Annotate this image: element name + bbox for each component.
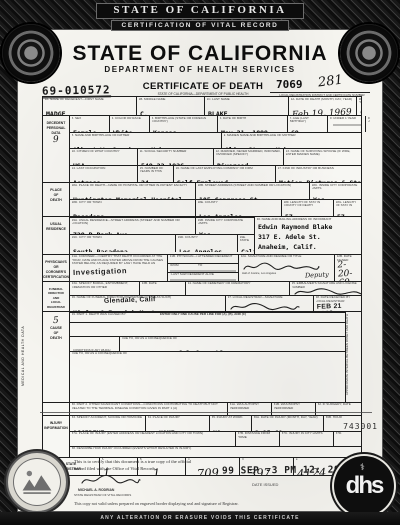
field-label: 16. NAME OF LAST EMPLOYING COMPANY OR FI… <box>176 167 275 171</box>
field-citizenship: 10. CITIZEN OF WHAT COUNTRY USA <box>70 149 137 165</box>
certificate-number-handwritten: 281 <box>317 74 343 90</box>
interval-column: APPROXIMATE INTERVAL BETWEEN ONSET AND D… <box>345 312 361 402</box>
field-value: Fracture of left ankle. <box>136 350 233 351</box>
field-label: 21A. CORONER—I CERTIFY THAT DEATH OCCURR… <box>72 255 167 265</box>
rail-decedent-personal-data: DECEDENT PERSONAL DATA9 <box>43 116 70 182</box>
document-title: STATE OF CALIFORNIA <box>18 43 382 64</box>
date-issued-label: DATE ISSUED <box>252 483 278 487</box>
rail-funeral-director: FUNERAL DIRECTOR AND LOCAL REGISTRAR <box>43 282 70 311</box>
field-label: 19C. CITY OR TOWN <box>72 236 175 240</box>
field-date-received: 28. DATE RECEIVED BY LOCAL REGISTRAR FEB… <box>313 296 361 311</box>
field-industry: 17. KIND OF INDUSTRY OR BUSINESS Motion … <box>275 166 361 182</box>
field-value: BLAKE <box>208 111 228 115</box>
section-funeral-director-registrar: FUNERAL DIRECTOR AND LOCAL REGISTRAR 23A… <box>43 281 361 311</box>
investigation-stamp: Investigation <box>73 267 127 276</box>
section-usual-residence: USUAL RESIDENCE 19A. USUAL RESIDENCE—STR… <box>43 216 361 254</box>
california-state-seal <box>6 451 68 513</box>
field-place-of-death-county: 18E. COUNTY Los Angeles <box>195 200 281 216</box>
field-value: C. <box>140 111 148 115</box>
state-registrar-title: STATE REGISTRAR OF VITAL RECORDS <box>74 494 131 497</box>
field-label: E <box>296 458 345 462</box>
bottom-warning-banner: ANY ALTERATION OR ERASURE VOIDS THIS CER… <box>0 512 400 525</box>
dhs-logo-text: dhs <box>346 474 383 498</box>
state-registrar-signature-icon <box>80 473 142 487</box>
field-label: 1B. MIDDLE NAME <box>139 98 204 102</box>
field-date-of-death: 2A. DATE OF DEATH (MONTH, DAY, YEAR) Feb… <box>288 97 356 115</box>
field-label: TO <box>198 264 237 268</box>
field-place-of-death-city: 18D. CITY OR TOWN Pasadena <box>70 200 195 216</box>
field-disposition: 23A. SPECIFY BURIAL, ENTOMBMENT, CREMATI… <box>70 282 139 295</box>
field-marital-status: 12. MARRIED, NEVER MARRIED, WIDOWED, DIV… <box>213 149 283 165</box>
field-label: 38. DESCRIBE HOW INJURY OCCURRED (EVENTS… <box>72 447 361 451</box>
field-value: Kansas <box>153 130 176 132</box>
field-funeral-director: 26. NAME OF FUNERAL DIRECTOR (OR PERSON … <box>70 296 225 311</box>
field-value-handwritten: 2-20-69 <box>337 260 359 281</box>
section-physician-coroner-certification: PHYSICIAN'S OR CORONER'S CERTIFICATION 2… <box>43 254 361 281</box>
field-mother: 9. MAIDEN NAME AND BIRTHPLACE OF MOTHER … <box>221 133 361 148</box>
field-value: ACCIDENT <box>73 430 104 431</box>
field-name-middle: 1B. MIDDLE NAME C. <box>136 97 204 115</box>
physician-attended-dates: FROM TO <box>168 263 238 272</box>
field-crematory: 24. NAME OF CEMETERY OR CREMATORY Grand … <box>185 282 289 295</box>
field-value: 69 <box>291 130 299 132</box>
field-label: 33. SPECIFY ACCIDENT, SUICIDE OR HOMICID… <box>72 416 145 420</box>
field-label: 20. NAME AND MAILING ADDRESS OF INFORMAN… <box>257 218 361 222</box>
embalmer-signature-icon <box>293 288 361 295</box>
field-label: DUE TO, OR AS A CONSEQUENCE OF <box>122 337 345 341</box>
field-label: 11. SOCIAL SECURITY NUMBER <box>140 150 213 154</box>
rail-label: CAUSE OF DEATH <box>50 326 62 340</box>
field-value: Self-Employed <box>177 180 228 182</box>
field-birthplace: 5. BIRTHPLACE (STATE OR FOREIGN COUNTRY)… <box>149 116 217 132</box>
field-injury-description: 38. DESCRIBE HOW INJURY OCCURRED (EVENTS… <box>70 447 361 457</box>
medical-health-data-rail: MEDICAL AND HEALTH DATA <box>22 326 25 386</box>
field-label: CONDITIONS IF ANY WHICH GAVE RISE TO THE… <box>73 348 115 351</box>
cause-conditions-note: CONDITIONS IF ANY WHICH GAVE RISE TO THE… <box>70 337 119 351</box>
field-value: Kiefer & Eyerick Mortuary <box>73 310 171 311</box>
rail-cause-of-death: 5CAUSE OF DEATH <box>43 312 70 402</box>
field-label: 37C. INJURY IN CITY LIMITS <box>282 432 333 436</box>
field-label: 18B. STREET ADDRESS (STREET AND NUMBER O… <box>198 184 309 188</box>
field-age: 7. AGE (LAST BIRTHDAY) 69YEARS <box>287 116 327 132</box>
district-number: 7069 <box>276 79 303 90</box>
field-label: 19D. COUNTY <box>178 236 237 240</box>
field-label: 13. NAME OF SURVIVING SPOUSE (IF WIFE, E… <box>286 150 361 156</box>
field-label: IF UNDER 1 YEAR <box>330 117 365 121</box>
field-value: May 31, 1899 <box>221 130 268 132</box>
field-injury-at-work: 35. INJURY AT WORK NO <box>209 416 251 431</box>
dhs-logo: ⚕ dhs <box>334 456 394 516</box>
field-value: Actress <box>73 180 100 182</box>
field-immediate-cause: (A) Arteriosclerotic cardiovascular dise… <box>70 323 345 336</box>
field-value: White <box>113 130 133 132</box>
field-label: 18A. PLACE OF DEATH—NAME OF HOSPITAL OR … <box>72 184 195 188</box>
issue-datestamp: 99 SEP -3 PM 12: 29 <box>222 465 340 476</box>
field-label: 36A. DATE OF INJURY (MONTH, DAY, YEAR) <box>254 416 323 420</box>
field-local-registrar-signature: 27. LOCAL REGISTRAR—SIGNATURE <box>225 296 313 311</box>
field-label: 3. SEX <box>72 117 109 121</box>
field-sex: 3. SEX Female <box>70 116 109 132</box>
illegible-text <box>170 279 236 281</box>
field-label: 8. NAME AND BIRTHPLACE OF FATHER <box>72 134 221 138</box>
field-value: USA <box>73 163 85 165</box>
field-label: 18F. LENGTH OF STAY IN COUNTY OF DEATH <box>284 201 333 207</box>
field-label: 23B. DATE <box>142 282 185 286</box>
field-residence-state: 19E. STATE Calif. <box>237 235 254 252</box>
field-value: HOME <box>159 430 175 431</box>
field-date-signed: 22B. DATE SIGNED 2-20-69 <box>334 255 361 281</box>
field-due-to-c: DUE TO, OR AS A CONSEQUENCE OF (C) <box>70 352 345 361</box>
field-label: 12. MARRIED, NEVER MARRIED, WIDOWED, DIV… <box>216 150 283 156</box>
field-label: 15. NUMBER OF YEARS IN THIS OCCUPATION <box>140 167 173 173</box>
field-coroner-certification: 21A. CORONER—I CERTIFY THAT DEATH OCCURR… <box>70 255 167 281</box>
field-value: 57 <box>337 214 345 216</box>
field-value: 549-22-1926 <box>141 163 184 165</box>
field-value: Los Angeles <box>199 214 242 216</box>
field-father: 8. NAME AND BIRTHPLACE OF FATHER Albert … <box>70 133 221 148</box>
field-label: 10. CITIZEN OF WHAT COUNTRY <box>72 150 137 154</box>
field-value: MADGE <box>46 111 66 115</box>
field-last-employer: 16. NAME OF LAST EMPLOYING COMPANY OR FI… <box>173 166 275 182</box>
field-label: 18C. INSIDE CITY CORPORATE LIMITS <box>312 184 361 190</box>
field-label: 18G. LENGTH OF STAY IN CALIFORNIA <box>336 201 361 207</box>
cause-instruction: ENTER ONLY ONE CAUSE PER LINE FOR (A), (… <box>160 313 344 317</box>
field-residence-city-limits: 19B. INSIDE CITY CORPORATE LIMITS Yes <box>195 218 254 234</box>
field-label: 21B. PHYSICIAN—I ATTENDED DECEDENT <box>170 255 238 259</box>
field-value: Divorced <box>217 163 248 165</box>
field-disposition-date: 23B. DATE 2/24/69 <box>139 282 185 295</box>
field-length-of-stay-california: 18G. LENGTH OF STAY IN CALIFORNIA 57YEAR… <box>333 200 361 216</box>
field-value-handwritten: 9A <box>360 110 362 115</box>
state-registrar-name: MICHAEL A. RODRIAN <box>78 489 114 492</box>
field-label: 28. DATE RECEIVED BY LOCAL REGISTRAR <box>316 296 361 302</box>
rail-place-of-death: PLACE OF DEATH <box>43 183 70 216</box>
document-control-number: 743001 <box>343 423 378 431</box>
field-label: 37B. DISTANCE FROM HOME <box>238 432 279 438</box>
cause-part1-header: 29. PART 1. DEATH WAS CAUSED BY: ENTER O… <box>70 313 345 322</box>
rail-handwritten-mark: 5 <box>53 316 59 325</box>
field-place-of-death-name: 18A. PLACE OF DEATH—NAME OF HOSPITAL OR … <box>70 183 195 199</box>
field-informant: 20. NAME AND MAILING ADDRESS OF INFORMAN… <box>254 217 361 254</box>
field-embalmer-signature: 25. EMBALMER'S SIGNATURE AND LICENSE NUM… <box>289 282 361 295</box>
physician-last-saw-alive: I LAST SAW DECEDENT ALIVE <box>168 272 238 281</box>
field-label: 19B. INSIDE CITY CORPORATE LIMITS <box>198 219 254 225</box>
field-injury-city-limits: 37C. INJURY IN CITY LIMITS No <box>279 432 333 446</box>
field-injury-place: 34. PLACE OF INJURY HOME <box>145 416 209 431</box>
field-label: 32. IF SURGERY, DATE <box>318 403 361 407</box>
date-received-stamp: FEB 21 1969 <box>317 303 359 311</box>
section-injury-information: INJURY INFORMATION 33. SPECIFY ACCIDENT,… <box>43 415 361 457</box>
field-label: 1A. NAME OF DECEDENT—FIRST NAME <box>45 98 136 102</box>
field-value: Alice Stone; Unk. <box>225 147 292 148</box>
field-injury-extra: 37D. NO <box>333 432 361 446</box>
field-injury-address: 37A. PLACE OF INJURY (ENTER ADDRESS OR N… <box>70 432 235 446</box>
field-value: Huntington Memorial Hospital <box>73 197 183 199</box>
field-label: 36B. HOUR <box>326 416 361 420</box>
field-label: 17. KIND OF INDUSTRY OR BUSINESS <box>278 167 361 171</box>
rail-usual-residence: USUAL RESIDENCE <box>43 217 70 254</box>
field-label: 19E. STATE <box>240 236 254 242</box>
field-residence-city: 19C. CITY OR TOWN South Pasadena <box>70 235 175 252</box>
field-label: 35. INJURY AT WORK <box>212 416 251 420</box>
field-value: South Pasadena <box>73 249 128 252</box>
section-place-of-death: PLACE OF DEATH 18A. PLACE OF DEATH—NAME … <box>43 182 361 216</box>
field-social-security-number: 11. SOCIAL SECURITY NUMBER 549-22-1926 <box>137 149 213 165</box>
section-cause-of-death: 5CAUSE OF DEATH 29. PART 1. DEATH WAS CA… <box>43 311 361 402</box>
banner-state-title: STATE OF CALIFORNIA <box>96 3 303 19</box>
field-value-handwritten: Feb 19, 1969 <box>292 108 352 115</box>
field-if-under-24-hours: IF UNDER 24 HOURS <box>365 116 371 132</box>
caduceus-icon: ⚕ <box>360 463 365 472</box>
field-value: Calif. <box>241 249 254 252</box>
field-label: 37D. <box>336 432 361 436</box>
field-label: 9. MAIDEN NAME AND BIRTHPLACE OF MOTHER <box>224 134 361 138</box>
rail-label: DECEDENT PERSONAL DATA <box>47 121 66 135</box>
field-label: 18E. COUNTY <box>198 201 281 205</box>
registrar-signature-icon <box>229 302 301 311</box>
field-value: Los Angeles <box>179 249 222 252</box>
coroner-signature-icon <box>242 261 320 272</box>
field-last-occupation: 14. LAST OCCUPATION Actress <box>70 166 137 182</box>
rail-injury-information: INJURY INFORMATION <box>43 416 70 457</box>
field-length-of-stay-county: 18F. LENGTH OF STAY IN COUNTY OF DEATH 5… <box>281 200 333 216</box>
field-label: 5. BIRTHPLACE (STATE OR FOREIGN COUNTRY) <box>152 117 217 123</box>
corner-rosette-icon <box>2 24 60 82</box>
field-value: Edwin Raymond Blake 317 E. Adele St. Ana… <box>258 223 332 252</box>
field-hour-of-death: 2B. HOUR 9A <box>356 97 362 115</box>
interval-label: APPROXIMATE INTERVAL BETWEEN ONSET AND D… <box>346 314 350 395</box>
field-name-first: 1A. NAME OF DECEDENT—FIRST NAME MADGE <box>43 97 136 115</box>
field-value: 105 Congress St. <box>199 197 262 199</box>
field-label: 19A. USUAL RESIDENCE—STREET ADDRESS (STR… <box>72 219 195 225</box>
corner-rosette-icon <box>340 24 398 82</box>
field-surviving-spouse: 13. NAME OF SURVIVING SPOUSE (IF WIFE, E… <box>283 149 361 165</box>
field-place-of-death-street: 18B. STREET ADDRESS (STREET AND NUMBER O… <box>195 183 309 199</box>
field-value: 57 <box>285 214 293 216</box>
field-injury-distance: 37B. DISTANCE FROM HOME 0MILES <box>235 432 279 446</box>
field-value: Pasadena <box>73 214 104 216</box>
field-value: 729-B Park Ave, <box>73 232 132 234</box>
field-label: 4. COLOR OR RACE <box>112 117 149 121</box>
section-decedent-personal-data: DECEDENT PERSONAL DATA9 3. SEX Female 4.… <box>43 115 361 182</box>
death-certificate-form: 1A. NAME OF DECEDENT—FIRST NAME MADGE 1B… <box>42 96 362 476</box>
field-label: IF UNDER 24 HOURS <box>368 117 371 123</box>
document-subtitle: DEPARTMENT OF HEALTH SERVICES <box>18 66 382 74</box>
field-value: NO <box>213 430 221 431</box>
field-label: 1C. LAST NAME <box>207 98 288 102</box>
field-injury-date: 36A. DATE OF INJURY (MONTH, DAY, YEAR) 2… <box>251 416 323 431</box>
validity-note: This copy not valid unless prepared on e… <box>74 501 314 506</box>
illegible-text <box>333 124 361 126</box>
field-label: 25. EMBALMER'S SIGNATURE AND LICENSE NUM… <box>292 282 361 288</box>
field-label: 6. DATE OF BIRTH <box>220 117 287 121</box>
field-value: Motion Pictures & Stage <box>279 180 361 182</box>
field-value: Female <box>73 130 96 132</box>
field-value: Yes <box>199 232 211 234</box>
field-residence-street: 19A. USUAL RESIDENCE—STREET ADDRESS (STR… <box>70 218 195 234</box>
glendale-stamp: Glendale, Calif <box>104 297 156 306</box>
field-label: I LAST SAW DECEDENT ALIVE <box>170 273 238 277</box>
field-if-under-1-year: IF UNDER 1 YEAR <box>327 116 365 132</box>
field-value: Yes <box>313 197 325 199</box>
field-name-last: 1C. LAST NAME BLAKE <box>204 97 288 115</box>
field-place-of-death-city-limits: 18C. INSIDE CITY CORPORATE LIMITS Yes <box>309 183 361 199</box>
field-label: 14. LAST OCCUPATION <box>72 167 137 171</box>
section-name-row: 1A. NAME OF DECEDENT—FIRST NAME MADGE 1B… <box>43 97 361 115</box>
field-label: 30. PART 2. OTHER SIGNIFICANT CONDITIONS… <box>72 403 227 410</box>
rail-handwritten-mark: 9 <box>53 136 59 145</box>
field-label: 27. LOCAL REGISTRAR—SIGNATURE <box>228 296 313 300</box>
field-label: 2A. DATE OF DEATH (MONTH, DAY, YEAR) <box>291 98 356 102</box>
field-years-in-occupation: 15. NUMBER OF YEARS IN THIS OCCUPATION 2… <box>137 166 173 182</box>
field-label: 7. AGE (LAST BIRTHDAY) <box>290 117 327 123</box>
field-label: 34. PLACE OF INJURY <box>148 416 209 420</box>
field-accident-type: 33. SPECIFY ACCIDENT, SUICIDE OR HOMICID… <box>70 416 145 431</box>
banner-certification-title: CERTIFICATION OF VITAL RECORD <box>111 20 290 31</box>
field-residence-county: 19D. COUNTY Los Angeles <box>175 235 237 252</box>
field-value: 2-15-69 <box>255 430 282 431</box>
field-label: 31A. WAS AUTOPSY PERFORMED <box>230 403 271 409</box>
field-label: 2B. HOUR <box>359 98 362 104</box>
divider <box>40 412 372 413</box>
field-label: 18D. CITY OR TOWN <box>72 201 195 205</box>
field-label: 31B. WAS BIOPSY PERFORMED <box>274 403 315 409</box>
rail-physician-coroner: PHYSICIAN'S OR CORONER'S CERTIFICATION <box>43 255 70 281</box>
field-value: Albert W. Cummings, Unk. <box>73 147 167 148</box>
field-label: 22A. SIGNATURE AND DEGREE OR TITLE <box>241 255 334 259</box>
field-label: 24. NAME OF CEMETERY OR CREMATORY <box>188 282 289 286</box>
top-banner: STATE OF CALIFORNIA CERTIFICATION OF VIT… <box>0 3 400 31</box>
field-physician-attendance: 21B. PHYSICIAN—I ATTENDED DECEDENT FROM … <box>167 255 238 281</box>
seal-emblem-icon <box>20 465 54 499</box>
certificate-title: CERTIFICATE OF DEATH <box>138 82 268 92</box>
field-certifier-signature: 22A. SIGNATURE AND DEGREE OR TITLE Deput… <box>238 255 334 281</box>
deputy-note: Deputy <box>305 271 329 279</box>
field-label: DUE TO, OR AS A CONSEQUENCE OF <box>72 352 345 356</box>
field-label: 37A. PLACE OF INJURY (ENTER ADDRESS OR N… <box>72 432 235 436</box>
field-date-of-birth: 6. DATE OF BIRTH May 31, 1899 <box>217 116 287 132</box>
physician-attended-from: 21B. PHYSICIAN—I ATTENDED DECEDENT <box>168 255 238 263</box>
field-due-to-b: DUE TO, OR AS A CONSEQUENCE OF (B) Fract… <box>119 337 345 351</box>
field-label: 23A. SPECIFY BURIAL, ENTOMBMENT, CREMATI… <box>72 282 139 288</box>
field-color-or-race: 4. COLOR OR RACE White <box>109 116 149 132</box>
field-value: 24 <box>141 180 149 182</box>
